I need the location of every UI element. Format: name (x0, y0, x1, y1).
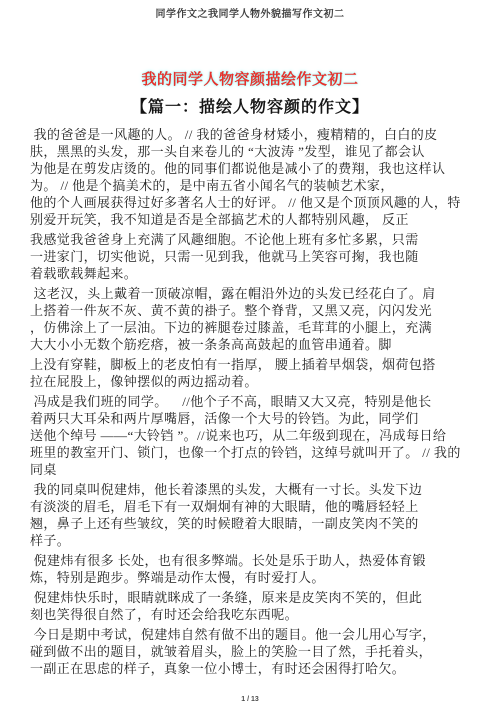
text-line: 刻也笑得很自然了，有时还会给我吃东西呢。 (30, 606, 470, 623)
paragraph-block: 我感觉我爸爸身上充满了风趣细胞。不论他上班有多忙多累，只需一进家门，切实他说，只… (30, 231, 470, 282)
paragraph-block: 我的爸爸是一风趣的人。 // 我的爸爸身材矮小，瘦精精的，白白的皮肤，黑黑的头发… (30, 126, 470, 228)
document-page: 同学作文之我同学人物外貌描写作文初二 我的同学人物容颜描绘作文初二 【篇一：描绘… (0, 0, 500, 708)
text-line: 倪建炜有很多 长处，也有很多弊端。长处是乐于助人，热爱体育锻 (30, 552, 470, 569)
text-line: 上搭着一件灰不灰、黄不黄的褂子。整个脊背，又黑又亮，闪闪发光 (30, 302, 470, 319)
text-line: 冯成是我们班的同学。 //他个子不高，眼睛又大又亮，特别是他长 (30, 393, 470, 410)
document-header-title: 同学作文之我同学人物外貌描写作文初二 (0, 0, 500, 20)
text-line: 我的同桌叫倪建炜，他长着漆黑的头发，大概有一寸长。头发下边 (30, 481, 470, 498)
text-line: 样子。 (30, 532, 470, 549)
text-line: 拉在屁股上，像钟摆似的两边摇动着。 (30, 373, 470, 390)
paragraph-block: 上没有穿鞋，脚板上的老皮怕有一指厚， 腰上插着早烟袋，烟荷包搭拉在屁股上，像钟摆… (30, 356, 470, 390)
text-line: 炼，特别是跑步。弊端是动作太慢，有时爱打人。 (30, 569, 470, 586)
document-red-title: 我的同学人物容颜描绘作文初二 (0, 68, 500, 89)
text-line: 上没有穿鞋，脚板上的老皮怕有一指厚， 腰上插着早烟袋，烟荷包搭 (30, 356, 470, 373)
text-line: 他的个人画展获得过好多著名人士的好评。 // 他又是个顶顶风趣的人，特 (30, 194, 470, 211)
text-line: 着载歌载舞起来。 (30, 265, 470, 282)
text-line: 班里的教室开门、锁门，也像一个打点的铃铛，这绰号就叫开了。 // 我的 (30, 444, 470, 461)
text-line: ，仿佛涂上了一层油。下边的裤腿卷过膝盖，毛茸茸的小腿上，充满 (30, 319, 470, 336)
text-line: 着两只大耳朵和两片厚嘴唇，活像一个大号的铃铛。为此，同学们 (30, 410, 470, 427)
text-line: 这老汉，头上戴着一顶破凉帽，露在帽沿外边的头发已经花白了。肩 (30, 285, 470, 302)
paragraph-block: 今日是期中考试，倪建炜自然有做不出的题目。他一会儿用心写字，碰到做不出的题目，就… (30, 626, 470, 677)
text-line: 有淡淡的眉毛，眉毛下有一双炯炯有神的大眼睛，他的嘴唇轻轻上 (30, 498, 470, 515)
text-line: 为他是在剪发店烫的。他的同事们都说他是减小了的费翔，我也这样认 (30, 160, 470, 177)
paragraph-block: 倪建炜快乐时，眼睛就眯成了一条缝，原来是皮笑肉不笑的，但此刻也笑得很自然了，有时… (30, 589, 470, 623)
text-line: 我的爸爸是一风趣的人。 // 我的爸爸身材矮小，瘦精精的，白白的皮 (30, 126, 470, 143)
text-line: 翘，鼻子上还有些皱纹，笑的时候瞪着大眼睛，一副皮笑肉不笑的 (30, 515, 470, 532)
text-line: 肤，黑黑的头发，那一头自来卷儿的 “大波涛 ”发型，谁见了都会认 (30, 143, 470, 160)
text-line: 碰到做不出的题目，就皱着眉头，脸上的笑脸一目了然，手托着头， (30, 643, 470, 660)
essay-body: 我的爸爸是一风趣的人。 // 我的爸爸身材矮小，瘦精精的，白白的皮肤，黑黑的头发… (0, 126, 500, 677)
text-line: 今日是期中考试，倪建炜自然有做不出的题目。他一会儿用心写字， (30, 626, 470, 643)
paragraph-block: 倪建炜有很多 长处，也有很多弊端。长处是乐于助人，热爱体育锻炼，特别是跑步。弊端… (30, 552, 470, 586)
text-line: 我感觉我爸爸身上充满了风趣细胞。不论他上班有多忙多累，只需 (30, 231, 470, 248)
page-number-indicator: 1 / 13 (0, 696, 500, 703)
text-line: 同桌 (30, 461, 470, 478)
text-line: 倪建炜快乐时，眼睛就眯成了一条缝，原来是皮笑肉不笑的，但此 (30, 589, 470, 606)
text-line: 为。 // 他是个搞美术的，是中南五省小闻名气的装帧艺术家， (30, 177, 470, 194)
text-line: 大大小小无数个筋疙瘩，被一条条高高鼓起的血管串通着。脚 (30, 336, 470, 353)
paragraph-block: 我的同桌叫倪建炜，他长着漆黑的头发，大概有一寸长。头发下边有淡淡的眉毛，眉毛下有… (30, 481, 470, 549)
text-line: 一进家门，切实他说，只需一见到我，他就马上笑容可掬，我也随 (30, 248, 470, 265)
text-line: 别爱开玩笑，我不知道是否是全部搞艺术的人都特别风趣， 反正 (30, 211, 470, 228)
paragraph-block: 这老汉，头上戴着一顶破凉帽，露在帽沿外边的头发已经花白了。肩上搭着一件灰不灰、黄… (30, 285, 470, 353)
paragraph-block: 冯成是我们班的同学。 //他个子不高，眼睛又大又亮，特别是他长着两只大耳朵和两片… (30, 393, 470, 478)
text-line: 送他个绰号 ——“大铃铛 ”。//说来也巧，从二年级到现在，冯成每日给 (30, 427, 470, 444)
text-line: 一副正在思虑的样子，真象一位小博士，有时还会困得打哈欠。 (30, 660, 470, 677)
section-heading: 【篇一：描绘人物容颜的作文】 (0, 94, 500, 117)
